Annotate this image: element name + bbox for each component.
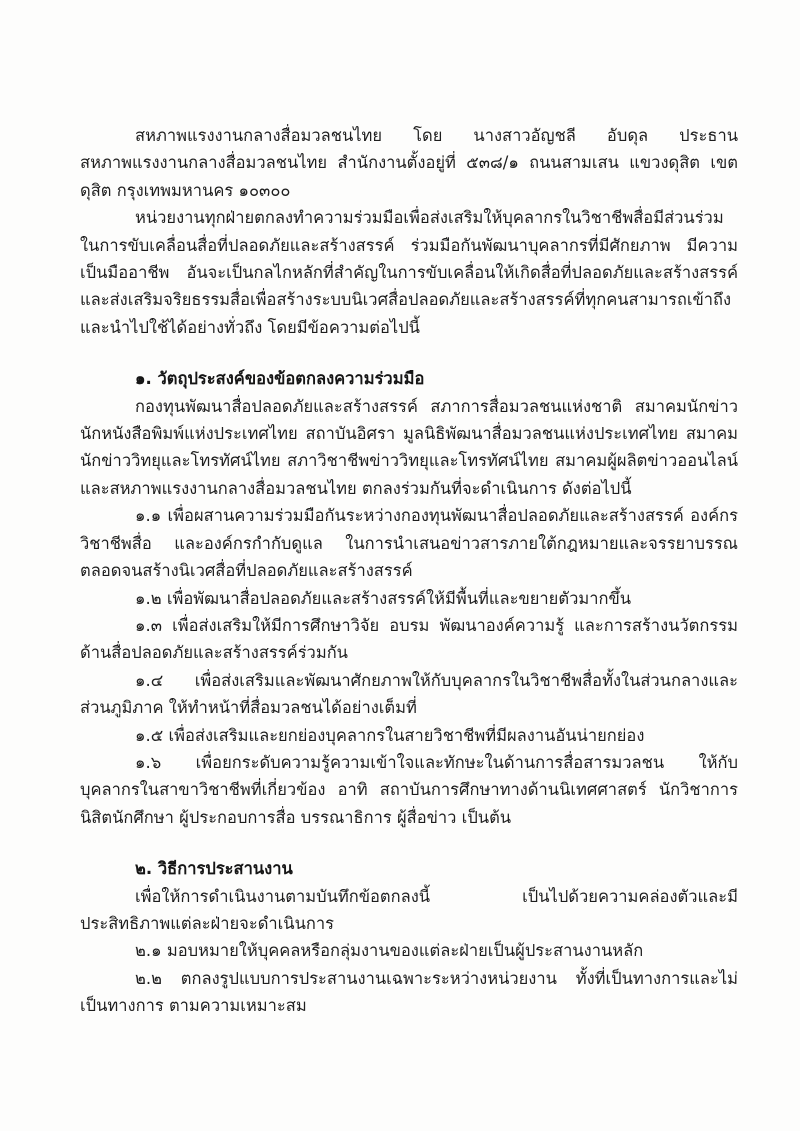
item-1-2: ๑.๒ เพื่อพัฒนาสื่อปลอดภัยและสร้างสรรค์ให… <box>80 585 738 612</box>
item-1-5: ๑.๕ เพื่อส่งเสริมและยกย่องบุคลากรในสายวิ… <box>80 722 738 749</box>
paragraph-parties-list: กองทุนพัฒนาสื่อปลอดภัยและสร้างสรรค์ สภาก… <box>80 393 738 503</box>
item-2-2: ๒.๒ ตกลงรูปแบบการประสานงานเฉพาะระหว่างหน… <box>80 965 738 1020</box>
item-1-6: ๑.๖ เพื่อยกระดับความรู้ความเข้าใจและทักษ… <box>80 749 738 831</box>
item-2-1: ๒.๑ มอบหมายให้บุคคลหรือกลุ่มงานของแต่ละฝ… <box>80 937 738 964</box>
item-1-3: ๑.๓ เพื่อส่งเสริมให้มีการศึกษาวิจัย อบรม… <box>80 612 738 667</box>
section-2-heading: ๒. วิธีการประสานงาน <box>80 855 738 882</box>
paragraph-agreement-intro: หน่วยงานทุกฝ่ายตกลงทำความร่วมมือเพื่อส่ง… <box>80 204 738 341</box>
item-1-1: ๑.๑ เพื่อผสานความร่วมมือกันระหว่างกองทุน… <box>80 502 738 584</box>
paragraph-union-address: สหภาพแรงงานกลางสื่อมวลชนไทย โดย นางสาวอั… <box>80 122 738 204</box>
paragraph-coordination-intro: เพื่อให้การดำเนินงานตามบันทึกข้อตกลงนี้ … <box>80 883 738 938</box>
section-1-heading: ๑. วัตถุประสงค์ของข้อตกลงความร่วมมือ <box>80 365 738 392</box>
document-page: สหภาพแรงงานกลางสื่อมวลชนไทย โดย นางสาวอั… <box>0 0 800 1131</box>
item-1-4: ๑.๔ เพื่อส่งเสริมและพัฒนาศักยภาพให้กับบุ… <box>80 667 738 722</box>
